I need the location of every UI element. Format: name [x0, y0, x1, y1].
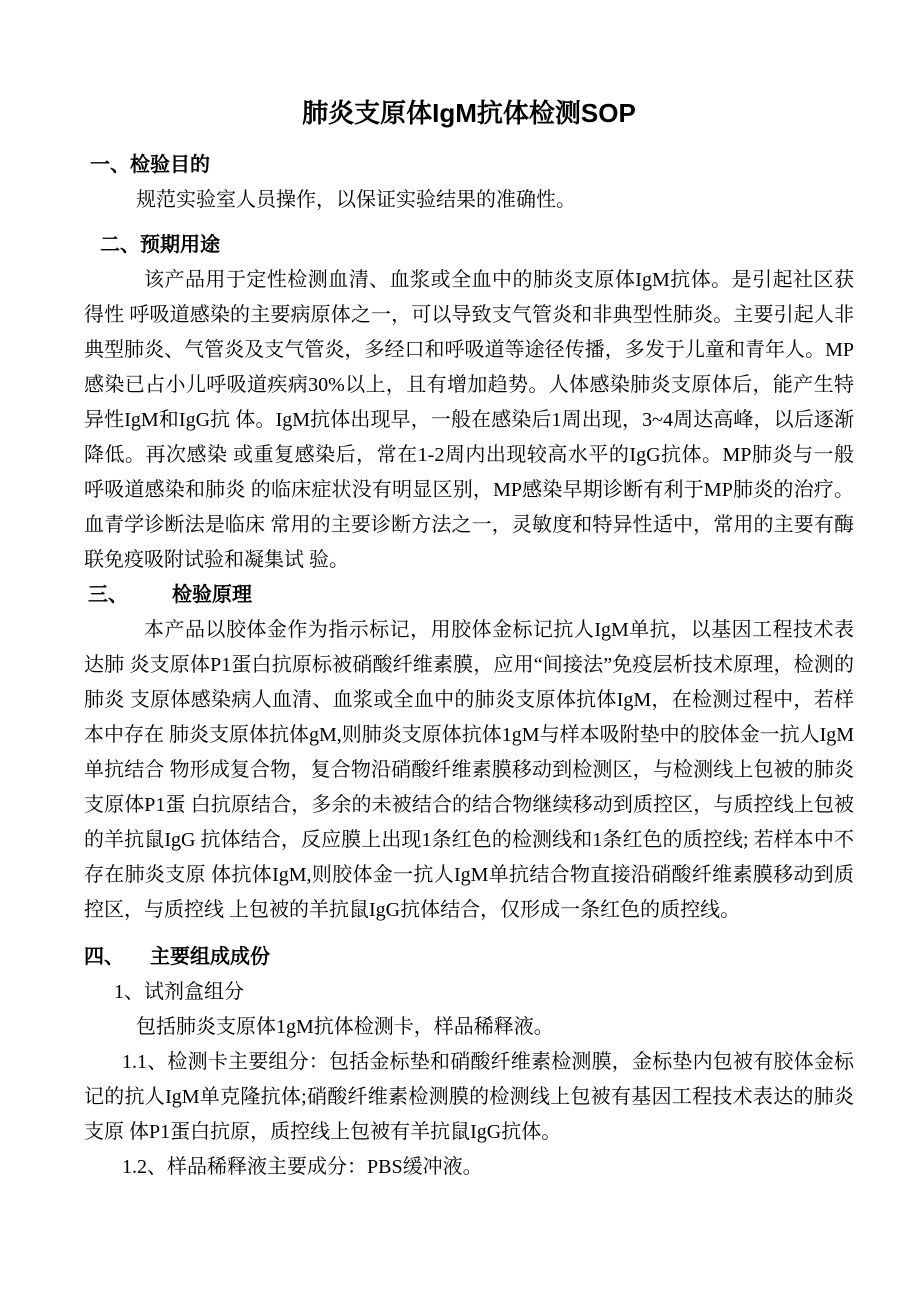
- section-principle-paragraph: 本产品以胶体金作为指示标记，用胶体金标记抗人IgM单抗，以基因工程技术表达肺 炎…: [84, 613, 854, 928]
- section-objective: 一、检验目的 规范实验室人员操作，以保证实验结果的准确性。: [84, 148, 854, 218]
- section-components: 四、主要组成成份 1、试剂盒组分 包括肺炎支原体1gM抗体检测卡，样品稀释液。 …: [84, 940, 854, 1185]
- test-card-components-item: 1.1、检测卡主要组分：包括金标垫和硝酸纤维素检测膜，金标垫内包被有胶体金标记的…: [84, 1045, 854, 1150]
- document-body: 肺炎支原体IgM抗体检测SOP 一、检验目的 规范实验室人员操作，以保证实验结果…: [0, 0, 920, 1185]
- section-intended-use-paragraph: 该产品用于定性检测血清、血浆或全血中的肺炎支原体IgM抗体。是引起社区获得性 呼…: [84, 263, 854, 578]
- kit-components-item-title: 1、试剂盒组分: [84, 975, 854, 1010]
- section-intended-use-heading: 二、预期用途: [100, 228, 854, 263]
- section-number: 二、: [100, 234, 140, 256]
- section-components-heading: 四、主要组成成份: [84, 940, 854, 975]
- section-number: 四、: [84, 946, 124, 968]
- section-principle-heading: 三、检验原理: [88, 578, 854, 613]
- section-intended-use: 二、预期用途 该产品用于定性检测血清、血浆或全血中的肺炎支原体IgM抗体。是引起…: [84, 228, 854, 578]
- section-objective-heading: 一、检验目的: [90, 148, 854, 183]
- section-heading-label: 检验原理: [172, 584, 252, 606]
- section-number: 一、: [90, 154, 130, 176]
- kit-components-item-desc: 包括肺炎支原体1gM抗体检测卡，样品稀释液。: [84, 1010, 854, 1045]
- section-objective-paragraph: 规范实验室人员操作，以保证实验结果的准确性。: [84, 183, 854, 218]
- section-number: 三、: [88, 584, 128, 606]
- document-title: 肺炎支原体IgM抗体检测SOP: [84, 96, 854, 130]
- section-heading-label: 检验目的: [130, 154, 210, 176]
- section-heading-label: 主要组成成份: [150, 946, 270, 968]
- section-principle: 三、检验原理 本产品以胶体金作为指示标记，用胶体金标记抗人IgM单抗，以基因工程…: [84, 578, 854, 928]
- section-heading-label: 预期用途: [140, 234, 220, 256]
- sample-diluent-item: 1.2、样品稀释液主要成分：PBS缓冲液。: [84, 1150, 854, 1185]
- document-page: 肺炎支原体IgM抗体检测SOP 一、检验目的 规范实验室人员操作，以保证实验结果…: [0, 0, 920, 1302]
